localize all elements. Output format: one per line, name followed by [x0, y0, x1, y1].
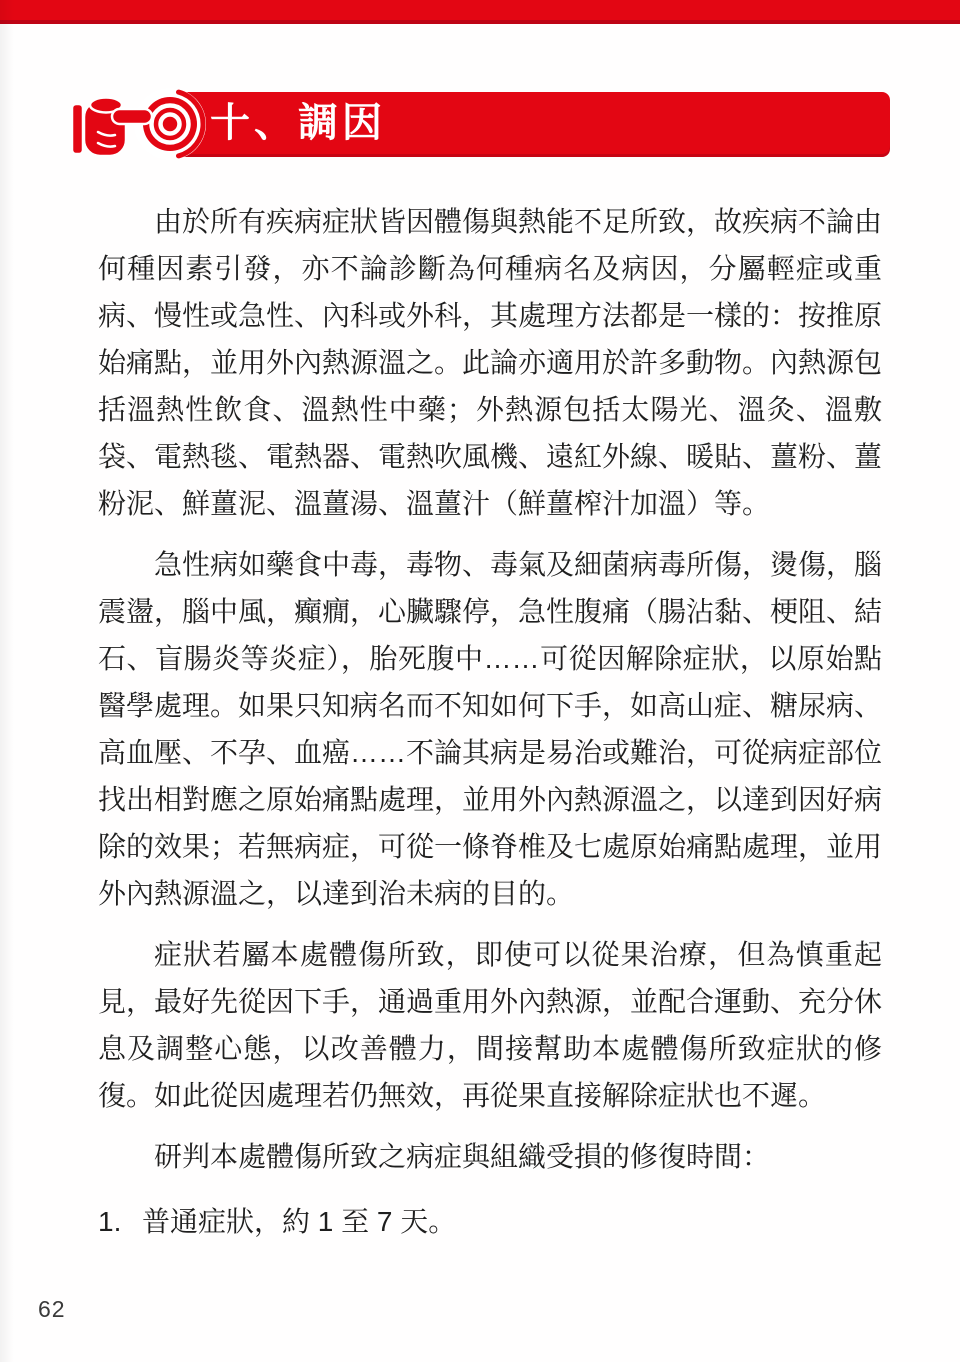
paragraph: 由於所有疾病症狀皆因體傷與熱能不足所致，故疾病不論由何種因素引發，亦不論診斷為何…	[98, 198, 882, 527]
paragraph: 研判本處體傷所致之病症與組織受損的修復時間：	[98, 1133, 882, 1180]
paragraph: 症狀若屬本處體傷所致，即使可以從果治療，但為慎重起見，最好先從因下手，通過重用外…	[98, 931, 882, 1119]
hand-press-ripple-icon	[68, 84, 208, 194]
list-item-number: 1.	[98, 1198, 128, 1245]
list-item: 1. 普通症狀，約 1 至 7 天。	[98, 1198, 882, 1245]
page-number: 62	[38, 1296, 66, 1323]
top-red-strip	[0, 0, 960, 24]
scan-edge-shade	[0, 0, 14, 1362]
body-text: 由於所有疾病症狀皆因體傷與熱能不足所致，故疾病不論由何種因素引發，亦不論診斷為何…	[98, 198, 882, 1245]
paragraph: 急性病如藥食中毒，毒物、毒氣及細菌病毒所傷，燙傷，腦震盪，腦中風，癲癇，心臟驟停…	[98, 541, 882, 917]
list-item-text: 普通症狀，約 1 至 7 天。	[142, 1198, 882, 1245]
chapter-title: 十、調因	[210, 92, 386, 157]
recovery-time-list: 1. 普通症狀，約 1 至 7 天。	[98, 1198, 882, 1245]
chapter-banner: 十、調因	[163, 92, 890, 157]
book-page: 十、調因 由於所有疾病症狀皆因體傷與熱能不足所致，故疾病不論由何種因素引發，亦不…	[0, 0, 960, 1362]
